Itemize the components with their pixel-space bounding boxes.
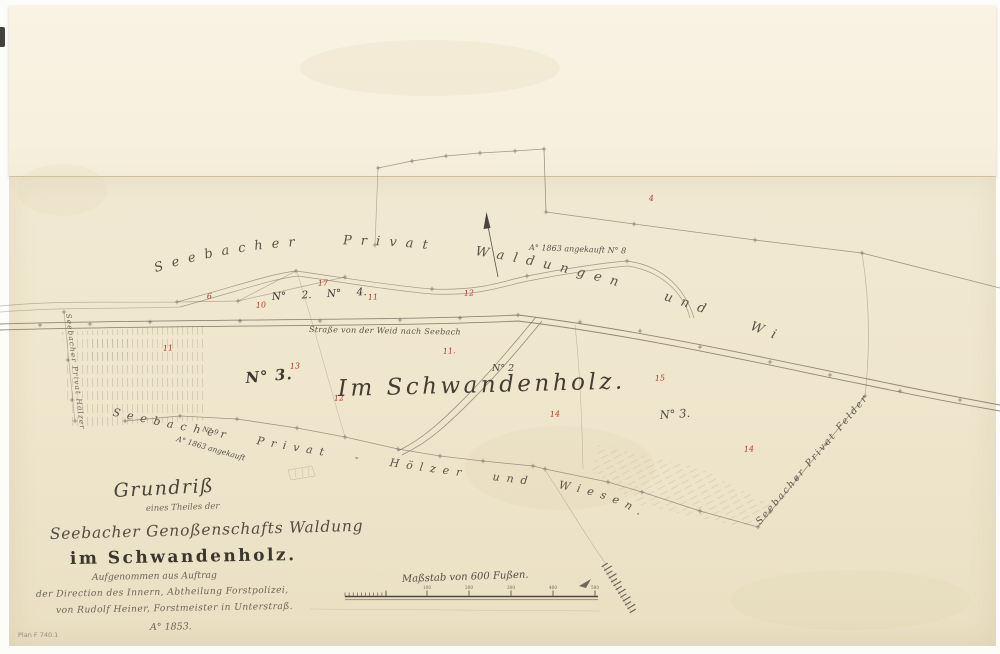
title-block-subtitle: eines Theiles der [146,501,221,514]
parcel-number: 11 [368,292,379,302]
slope-hachure [579,563,636,613]
hachure-stroke [618,589,626,594]
survey-cross [828,373,832,377]
survey-cross [175,300,179,304]
survey-cross [376,166,380,170]
survey-cross [295,426,299,430]
title-block-title: Grundriß [113,475,215,502]
survey-cross [516,313,520,317]
survey-cross [343,435,347,439]
title-block-line7: von Rudolf Heiner, Forstmeister in Unter… [56,601,293,616]
annex-note-top: A° 1863 angekauft N° 8 [528,243,626,255]
parcel-number: 15 [655,373,666,383]
title-block-line6: der Direction des Innern, Abtheilung For… [36,585,289,600]
survey-cross [438,454,442,458]
parcel-number: 17 [318,278,330,288]
parcel-label-n2-n4: N° 2. N° 4. [271,286,367,303]
parcel-number: 11. [443,346,456,356]
scale-tick-label: 100 [423,585,431,590]
hachure-stroke [602,563,608,567]
survey-cross [38,323,42,327]
hachure-stroke [623,597,631,602]
survey-cross [235,417,239,421]
parcel-number: 12 [464,288,475,298]
survey-cross [236,299,240,303]
title-block-line4: im Schwandenholz. [70,545,297,569]
survey-cross [513,149,517,153]
hachure-stroke [604,566,612,571]
flag-mark [579,579,591,588]
scale-bar: 100200300400500 [310,585,600,611]
survey-cross [430,287,434,291]
parcel-number: 6 [207,292,213,301]
scale-tick-label: 200 [465,585,473,590]
title-block-line5: Aufgenommen aus Auftrag [91,570,217,583]
north-arrow [484,212,499,277]
survey-cross [958,398,962,402]
center-place-label: Im Schwandenholz. [336,368,626,402]
edge-label-right: Seebacher Privat Felder [754,392,871,527]
hachure-stroke [609,574,617,579]
survey-cross [625,259,629,263]
historical-map-scan: 100200300400500 6101711124111311.1214151… [0,0,1000,654]
scale-tick-label: 500 [591,585,599,590]
parcel-number: 14 [550,409,561,419]
parcel-number: 11 [163,343,174,353]
survey-cross [542,147,546,151]
survey-cross [478,151,482,155]
archive-reference: Plan F 740.1 [18,631,58,639]
survey-cross [860,251,864,255]
scale-tick-label: 300 [507,585,515,590]
road-label: Straße von der Weid nach Seebach [309,325,461,337]
survey-cross [768,360,772,364]
parcel-number: 14 [744,444,755,454]
survey-cross [638,329,642,333]
survey-cross [148,320,152,324]
parcel-label-n3-right: N° 3. [658,406,690,422]
survey-cross [632,222,636,226]
survey-cross [238,319,242,323]
survey-cross [410,159,414,163]
hachure-stroke [613,581,621,586]
survey-cross [294,269,298,273]
survey-cross [444,154,448,158]
title-block-line3: Seebacher Genoßenschafts Waldung [50,517,364,543]
scale-label: Maßstab von 600 Fußen. [401,570,529,585]
parcel-label-n3-left: N° 3. [244,365,293,387]
hachure-stroke [627,604,635,609]
parcel-number: 10 [256,300,267,310]
parcel-number: 4 [648,194,655,203]
map-canvas: 100200300400500 6101711124111311.1214151… [0,0,1000,654]
survey-cross [525,274,529,278]
survey-cross [544,210,548,214]
marginal-sketch [288,466,315,480]
title-block-date: A° 1853. [149,621,192,633]
survey-cross [753,238,757,242]
scale-tick-label: 400 [549,585,557,590]
